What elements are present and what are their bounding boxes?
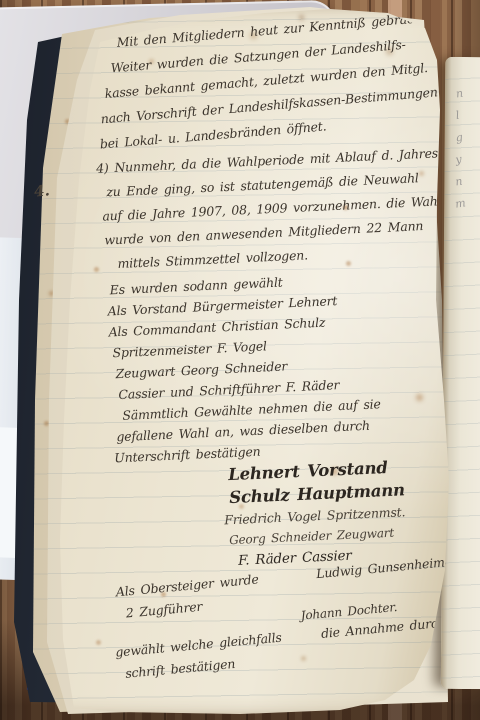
ink-fragment: m [454,196,466,210]
handwritten-text: Mit den Mitgliedern heut zur Kenntniß ge… [90,16,477,686]
result-paragraph: Es wurden sodann gewählt Als Vorstand Bü… [101,264,467,469]
ink-fragment: y [455,153,463,167]
ink-fragment: n [455,87,464,101]
facing-page-edge: n l g y n m [441,57,480,689]
photo-of-open-minute-book: 4. n l g y n m Mit den Mitgliedern heut … [0,0,480,720]
page-number: 4. [33,181,50,200]
ink-fragment: l [455,109,460,122]
spacer [281,623,323,649]
ink-fragment: g [455,131,464,145]
ink-fragment: n [454,175,463,189]
election-paragraph: 4) Nunmehr, da die Wahlperiode mit Ablau… [96,141,459,277]
